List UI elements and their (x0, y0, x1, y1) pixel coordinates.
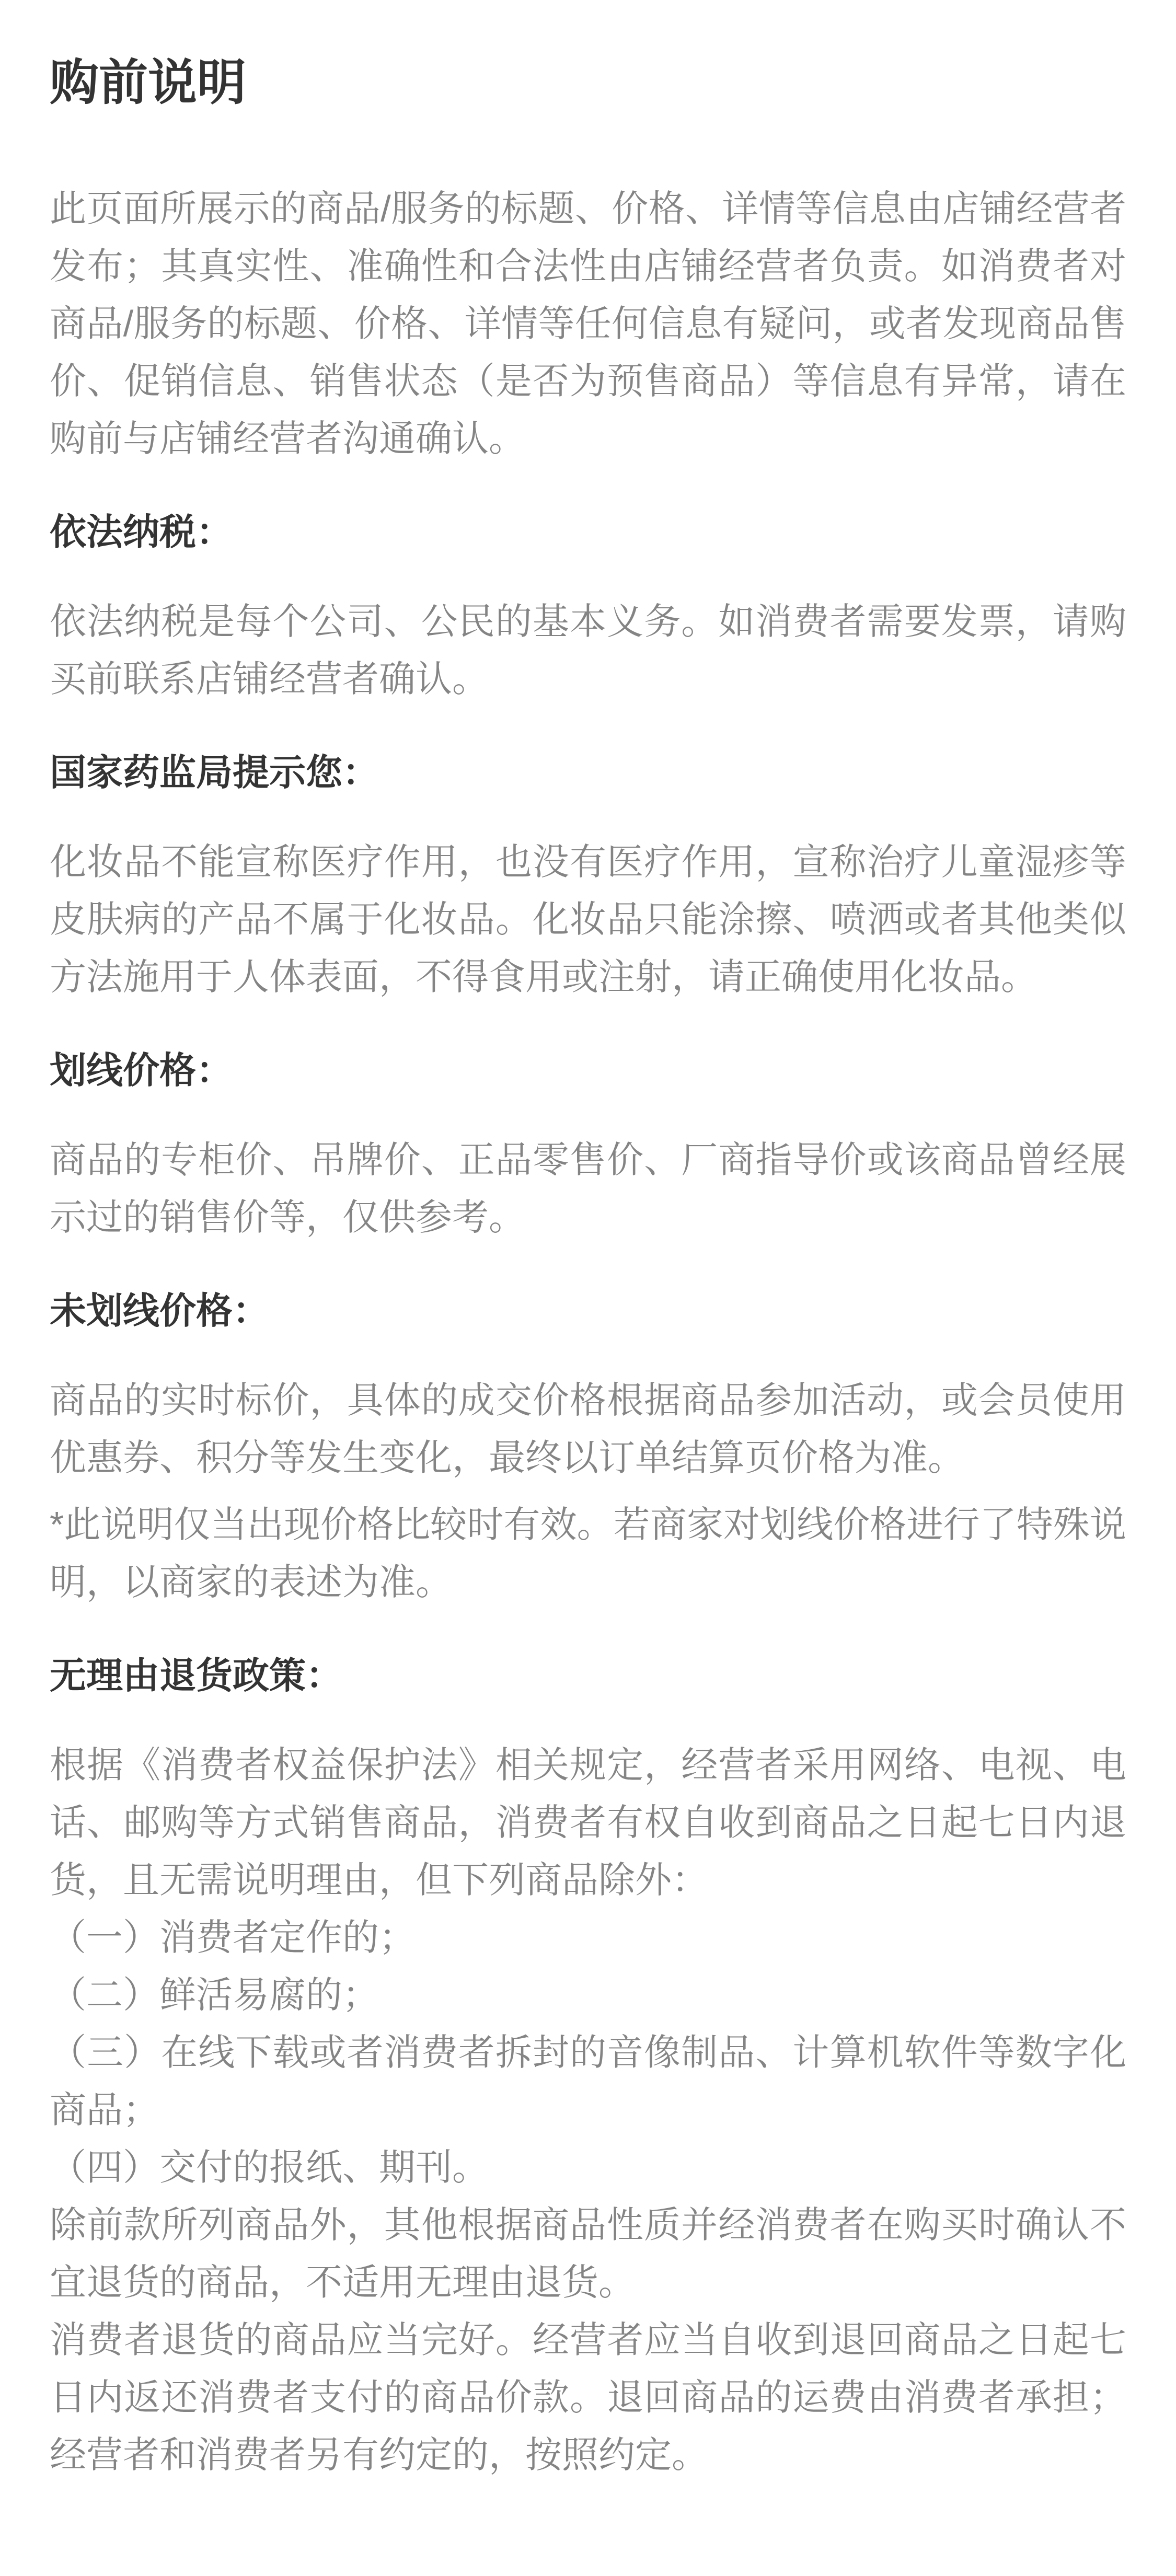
section-drug-admin-notice: 国家药监局提示您： 化妆品不能宣称医疗作用，也没有医疗作用，宣称治疗儿童湿疹等皮… (50, 746, 1126, 1006)
return-policy-intro: 根据《消费者权益保护法》相关规定，经营者采用网络、电视、电话、邮购等方式销售商品… (50, 1736, 1126, 1909)
section-tax-notice: 依法纳税： 依法纳税是每个公司、公民的基本义务。如消费者需要发票，请购买前联系店… (50, 506, 1126, 708)
section-heading-drug-admin: 国家药监局提示您： (50, 746, 1126, 799)
section-heading-strikethrough-price: 划线价格： (50, 1044, 1126, 1096)
return-exception-item-1: （一）消费者定作的； (50, 1909, 1126, 1966)
section-paragraph: 化妆品不能宣称医疗作用，也没有医疗作用，宣称治疗儿童湿疹等皮肤病的产品不属于化妆… (50, 833, 1126, 1006)
section-no-reason-return: 无理由退货政策： 根据《消费者权益保护法》相关规定，经营者采用网络、电视、电话、… (50, 1649, 1126, 2483)
return-policy-refund-terms: 消费者退货的商品应当完好。经营者应当自收到退回商品之日起七日内返还消费者支付的商… (50, 2311, 1126, 2483)
page-title: 购前说明 (50, 48, 1126, 117)
section-paragraph: 商品的专柜价、吊牌价、正品零售价、厂商指导价或该商品曾经展示过的销售价等，仅供参… (50, 1131, 1126, 1246)
return-policy-other-goods: 除前款所列商品外，其他根据商品性质并经消费者在购买时确认不宜退货的商品，不适用无… (50, 2196, 1126, 2311)
price-comparison-note: *此说明仅当出现价格比较时有效。若商家对划线价格进行了特殊说明，以商家的表述为准… (50, 1496, 1126, 1611)
section-heading-no-reason-return: 无理由退货政策： (50, 1649, 1126, 1702)
section-unstruck-price: 未划线价格： 商品的实时标价，具体的成交价格根据商品参加活动，或会员使用优惠券、… (50, 1285, 1126, 1611)
pre-purchase-notice-page: 购前说明 此页面所展示的商品/服务的标题、价格、详情等信息由店铺经营者发布；其真… (0, 0, 1176, 2576)
section-paragraph: 商品的实时标价，具体的成交价格根据商品参加活动，或会员使用优惠券、积分等发生变化… (50, 1371, 1126, 1486)
return-exception-item-4: （四）交付的报纸、期刊。 (50, 2139, 1126, 2196)
section-heading-tax: 依法纳税： (50, 506, 1126, 558)
return-exception-item-2: （二）鲜活易腐的； (50, 1966, 1126, 2024)
return-exception-item-3: （三）在线下载或者消费者拆封的音像制品、计算机软件等数字化商品； (50, 2024, 1126, 2139)
section-paragraph: 依法纳税是每个公司、公民的基本义务。如消费者需要发票，请购买前联系店铺经营者确认… (50, 593, 1126, 708)
section-strikethrough-price: 划线价格： 商品的专柜价、吊牌价、正品零售价、厂商指导价或该商品曾经展示过的销售… (50, 1044, 1126, 1246)
section-heading-unstruck-price: 未划线价格： (50, 1285, 1126, 1337)
intro-paragraph: 此页面所展示的商品/服务的标题、价格、详情等信息由店铺经营者发布；其真实性、准确… (50, 180, 1126, 467)
